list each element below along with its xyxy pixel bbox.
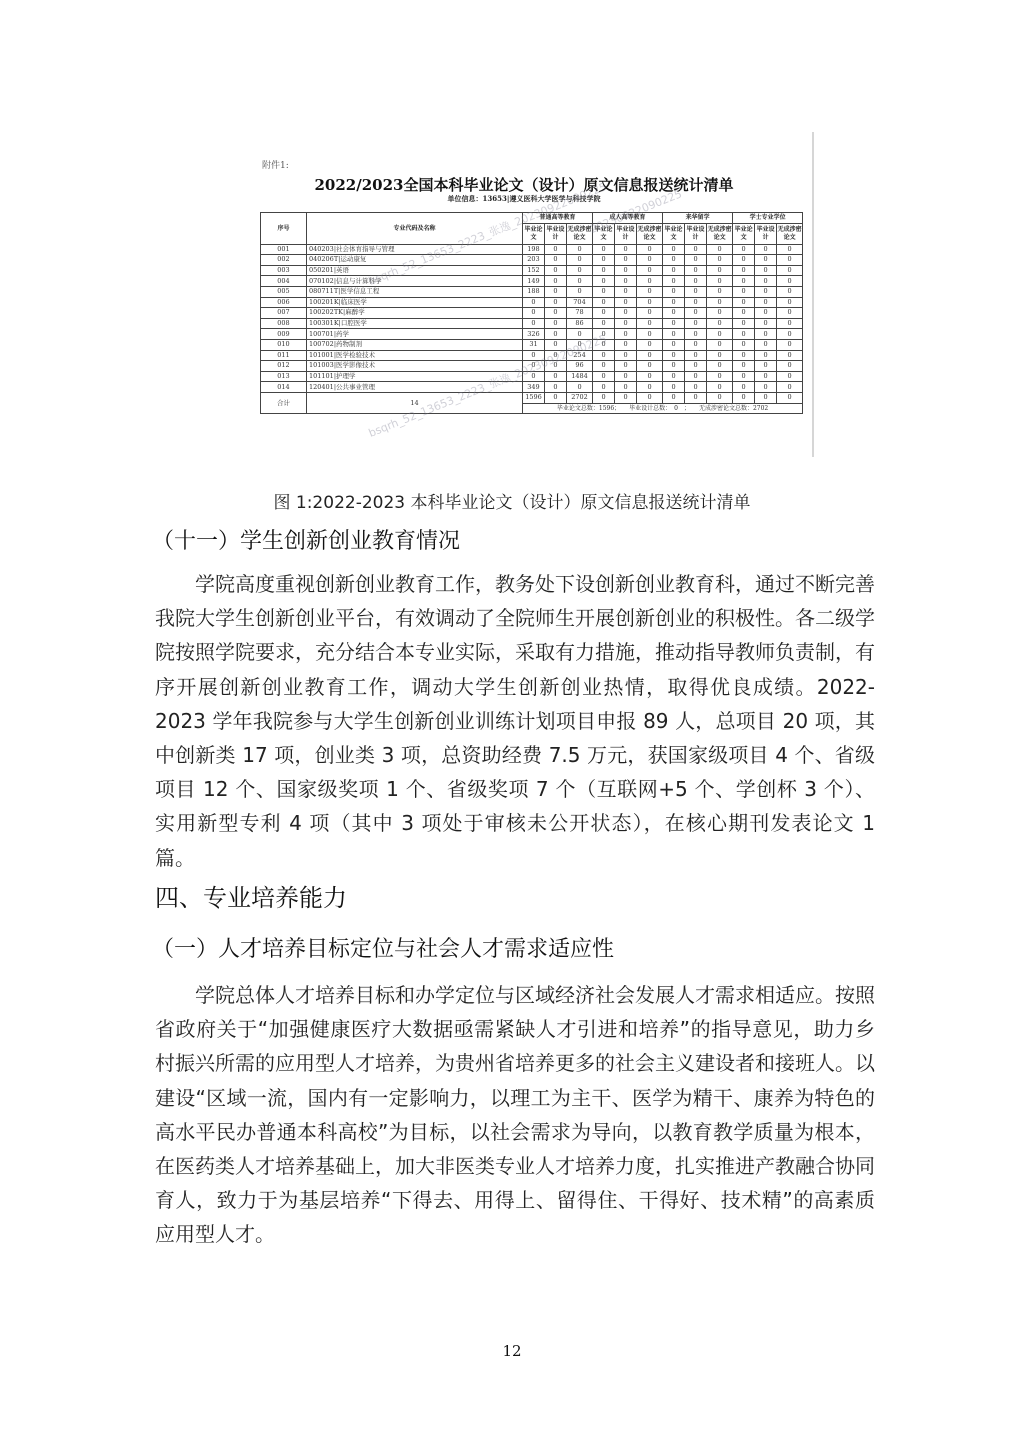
table-row: 010100702|药物制剂3100000000000 [261, 339, 803, 350]
table-row: 001040203|社会体育指导与管理19800000000000 [261, 244, 803, 255]
total-value: 0 [685, 392, 707, 403]
row-value: 0 [733, 255, 755, 266]
row-value: 0 [707, 329, 733, 340]
row-value: 0 [755, 286, 777, 297]
row-value: 0 [545, 297, 567, 308]
row-major: 120401|公共事业管理 [307, 382, 523, 393]
row-value: 0 [615, 382, 637, 393]
row-value: 0 [685, 244, 707, 255]
subheader-cell: 毕业论文 [593, 223, 615, 244]
row-value: 0 [755, 297, 777, 308]
row-value: 0 [615, 308, 637, 319]
row-major: 050201|英语 [307, 265, 523, 276]
subheader-cell: 毕业设计 [615, 223, 637, 244]
row-value: 0 [593, 350, 615, 361]
row-value: 0 [733, 361, 755, 372]
row-major: 100301K|口腔医学 [307, 318, 523, 329]
row-value: 0 [545, 329, 567, 340]
row-value: 0 [733, 339, 755, 350]
total-value: 0 [733, 392, 755, 403]
row-value: 0 [615, 255, 637, 266]
table-row: 003050201|英语15200000000000 [261, 265, 803, 276]
row-value: 0 [615, 318, 637, 329]
subheader-cell: 毕业设计 [755, 223, 777, 244]
row-value: 0 [663, 382, 685, 393]
row-value: 0 [567, 329, 593, 340]
table-row: 013101101|护理学001484000000000 [261, 371, 803, 382]
row-value: 0 [733, 382, 755, 393]
chapter-heading: 四、专业培养能力 [155, 878, 347, 913]
header-group: 成人高等教育 [593, 213, 663, 224]
header-group: 学士专业学位 [733, 213, 803, 224]
row-value: 0 [685, 382, 707, 393]
subheader-cell: 毕业论文 [733, 223, 755, 244]
row-value: 0 [755, 350, 777, 361]
row-value: 0 [733, 276, 755, 287]
row-value: 0 [755, 265, 777, 276]
row-value: 0 [593, 382, 615, 393]
row-value: 0 [777, 329, 803, 340]
row-value: 0 [593, 286, 615, 297]
row-value: 0 [663, 297, 685, 308]
row-value: 704 [567, 297, 593, 308]
row-value: 0 [615, 265, 637, 276]
row-value: 0 [685, 339, 707, 350]
row-value: 0 [707, 318, 733, 329]
row-value: 96 [567, 361, 593, 372]
row-value: 0 [615, 286, 637, 297]
row-value: 0 [755, 276, 777, 287]
row-value: 0 [637, 318, 663, 329]
row-value: 0 [637, 297, 663, 308]
row-value: 0 [685, 255, 707, 266]
table-row: 007100202TK|麻醉学0078000000000 [261, 308, 803, 319]
row-value: 0 [567, 382, 593, 393]
row-value: 0 [637, 329, 663, 340]
paragraph-text: 学院高度重视创新创业教育工作，教务处下设创新创业教育科，通过不断完善我院大学生创… [155, 567, 875, 875]
row-value: 0 [663, 339, 685, 350]
row-value: 0 [755, 382, 777, 393]
row-value: 0 [663, 350, 685, 361]
row-value: 0 [733, 265, 755, 276]
row-value: 0 [663, 308, 685, 319]
row-value: 0 [707, 255, 733, 266]
row-value: 0 [637, 382, 663, 393]
row-value: 0 [593, 276, 615, 287]
row-value: 0 [777, 276, 803, 287]
row-value: 0 [637, 339, 663, 350]
row-value: 0 [663, 244, 685, 255]
row-seq: 010 [261, 339, 307, 350]
row-value: 0 [615, 244, 637, 255]
attachment-label: 附件1: [262, 158, 289, 171]
total-label: 合计 [261, 392, 307, 413]
row-value: 0 [523, 371, 545, 382]
table-row: 011101001|医学检验技术00254000000000 [261, 350, 803, 361]
row-value: 0 [685, 361, 707, 372]
row-value: 188 [523, 286, 545, 297]
row-seq: 007 [261, 308, 307, 319]
row-major: 070102|信息与计算科学 [307, 276, 523, 287]
total-value: 0 [637, 392, 663, 403]
subsection-paragraph: 学院总体人才培养目标和办学定位与区域经济社会发展人才需求相适应。按照省政府关于“… [155, 978, 875, 1252]
row-value: 0 [733, 308, 755, 319]
page-number: 12 [0, 1342, 1024, 1360]
row-value: 0 [733, 286, 755, 297]
statistics-figure: 附件1: 2022/2023全国本科毕业论文（设计）原文信息报送统计清单 单位信… [258, 156, 790, 438]
header-group: 来华留学 [663, 213, 733, 224]
row-value: 0 [707, 308, 733, 319]
row-value: 152 [523, 265, 545, 276]
row-value: 0 [707, 286, 733, 297]
row-value: 0 [755, 329, 777, 340]
subheader-cell: 毕业论文 [663, 223, 685, 244]
row-value: 0 [593, 265, 615, 276]
row-value: 0 [663, 329, 685, 340]
table-row: 005080711T|医学信息工程18800000000000 [261, 286, 803, 297]
row-value: 0 [593, 371, 615, 382]
row-value: 0 [637, 286, 663, 297]
row-value: 0 [777, 244, 803, 255]
total-value: 1596 [523, 392, 545, 403]
row-value: 0 [663, 361, 685, 372]
row-value: 0 [593, 297, 615, 308]
row-value: 0 [567, 265, 593, 276]
row-value: 0 [733, 318, 755, 329]
row-value: 0 [777, 297, 803, 308]
row-major: 100701|药学 [307, 329, 523, 340]
subheader-cell: 无成涉密论文 [707, 223, 733, 244]
row-value: 0 [663, 286, 685, 297]
row-value: 0 [685, 308, 707, 319]
row-value: 0 [567, 276, 593, 287]
row-value: 0 [777, 350, 803, 361]
row-value: 254 [567, 350, 593, 361]
row-value: 0 [545, 339, 567, 350]
row-value: 0 [593, 361, 615, 372]
row-value: 0 [707, 382, 733, 393]
row-value: 0 [685, 329, 707, 340]
row-value: 0 [707, 371, 733, 382]
paragraph-text: 学院总体人才培养目标和办学定位与区域经济社会发展人才需求相适应。按照省政府关于“… [155, 978, 875, 1252]
total-value: 0 [615, 392, 637, 403]
figure-edge-line [812, 132, 814, 457]
row-value: 0 [593, 339, 615, 350]
row-value: 0 [567, 255, 593, 266]
total-value: 0 [777, 392, 803, 403]
row-value: 0 [685, 297, 707, 308]
row-value: 86 [567, 318, 593, 329]
row-seq: 009 [261, 329, 307, 340]
subheader-cell: 无成涉密论文 [567, 223, 593, 244]
subheader-cell: 无成涉密论文 [637, 223, 663, 244]
table-row: 014120401|公共事业管理34900000000000 [261, 382, 803, 393]
table-row: 004070102|信息与计算科学14900000000000 [261, 276, 803, 287]
row-seq: 013 [261, 371, 307, 382]
row-value: 0 [567, 244, 593, 255]
row-major: 040203|社会体育指导与管理 [307, 244, 523, 255]
subheader-cell: 毕业设计 [685, 223, 707, 244]
row-value: 0 [567, 286, 593, 297]
row-value: 0 [777, 318, 803, 329]
subheader-cell: 毕业论文 [523, 223, 545, 244]
row-value: 0 [615, 371, 637, 382]
row-value: 0 [733, 350, 755, 361]
table-row: 008100301K|口腔医学0086000000000 [261, 318, 803, 329]
header-group: 普通高等教育 [523, 213, 593, 224]
row-value: 0 [685, 318, 707, 329]
row-value: 0 [545, 255, 567, 266]
row-value: 78 [567, 308, 593, 319]
row-value: 0 [777, 382, 803, 393]
total-value: 0 [545, 392, 567, 403]
subheader-cell: 毕业设计 [545, 223, 567, 244]
row-value: 0 [685, 286, 707, 297]
row-seq: 008 [261, 318, 307, 329]
row-major: 101101|护理学 [307, 371, 523, 382]
total-count: 14 [307, 392, 523, 413]
row-value: 0 [637, 361, 663, 372]
section-heading: （十一）学生创新创业教育情况 [152, 524, 460, 555]
row-value: 0 [777, 339, 803, 350]
row-value: 0 [593, 318, 615, 329]
row-major: 101001|医学检验技术 [307, 350, 523, 361]
row-value: 0 [685, 276, 707, 287]
unit-info: 单位信息：13653|遵义医科大学医学与科技学院 [258, 194, 790, 204]
row-major: 100201K|临床医学 [307, 297, 523, 308]
row-value: 0 [615, 297, 637, 308]
row-value: 0 [733, 297, 755, 308]
table-row: 002040206T|运动康复20300000000000 [261, 255, 803, 266]
row-seq: 014 [261, 382, 307, 393]
row-value: 0 [615, 361, 637, 372]
row-value: 0 [777, 265, 803, 276]
row-value: 0 [545, 350, 567, 361]
row-value: 0 [545, 276, 567, 287]
row-value: 0 [545, 286, 567, 297]
row-value: 0 [755, 244, 777, 255]
total-value: 2702 [567, 392, 593, 403]
row-value: 0 [777, 286, 803, 297]
row-value: 0 [663, 371, 685, 382]
row-seq: 012 [261, 361, 307, 372]
row-value: 0 [755, 255, 777, 266]
row-value: 0 [615, 339, 637, 350]
row-value: 0 [755, 371, 777, 382]
row-value: 203 [523, 255, 545, 266]
row-value: 0 [545, 308, 567, 319]
row-value: 0 [777, 371, 803, 382]
row-value: 0 [637, 276, 663, 287]
row-value: 0 [637, 265, 663, 276]
row-value: 198 [523, 244, 545, 255]
total-value: 0 [663, 392, 685, 403]
row-value: 0 [707, 276, 733, 287]
row-value: 0 [755, 308, 777, 319]
row-value: 0 [545, 382, 567, 393]
row-value: 0 [777, 308, 803, 319]
row-value: 0 [663, 318, 685, 329]
row-value: 0 [663, 265, 685, 276]
row-seq: 001 [261, 244, 307, 255]
row-value: 0 [593, 329, 615, 340]
row-value: 0 [545, 361, 567, 372]
row-value: 0 [637, 308, 663, 319]
row-value: 0 [707, 350, 733, 361]
table-row: 012101003|医学影像技术0096000000000 [261, 361, 803, 372]
row-value: 349 [523, 382, 545, 393]
row-major: 080711T|医学信息工程 [307, 286, 523, 297]
row-major: 040206T|运动康复 [307, 255, 523, 266]
subsection-heading: （一）人才培养目标定位与社会人才需求适应性 [152, 932, 614, 963]
subheader-cell: 无成涉密论文 [777, 223, 803, 244]
row-value: 31 [523, 339, 545, 350]
row-major: 100202TK|麻醉学 [307, 308, 523, 319]
statistics-table: 序号 专业代码及名称 普通高等教育 成人高等教育 来华留学 学士专业学位 毕业论… [260, 212, 803, 414]
row-value: 0 [637, 350, 663, 361]
row-seq: 005 [261, 286, 307, 297]
row-value: 326 [523, 329, 545, 340]
row-value: 0 [707, 265, 733, 276]
row-value: 0 [733, 244, 755, 255]
row-value: 0 [637, 244, 663, 255]
row-value: 0 [733, 371, 755, 382]
row-value: 0 [663, 276, 685, 287]
row-value: 0 [593, 244, 615, 255]
table-row: 006100201K|临床医学00704000000000 [261, 297, 803, 308]
row-seq: 011 [261, 350, 307, 361]
row-value: 0 [545, 265, 567, 276]
row-value: 0 [523, 297, 545, 308]
figure-caption: 图 1:2022-2023 本科毕业论文（设计）原文信息报送统计清单 [0, 488, 1024, 513]
row-value: 0 [685, 350, 707, 361]
row-value: 0 [523, 318, 545, 329]
row-seq: 002 [261, 255, 307, 266]
row-value: 0 [637, 255, 663, 266]
row-value: 0 [545, 244, 567, 255]
row-value: 0 [707, 244, 733, 255]
figure-title: 2022/2023全国本科毕业论文（设计）原文信息报送统计清单 [258, 174, 790, 195]
row-value: 0 [663, 255, 685, 266]
row-major: 101003|医学影像技术 [307, 361, 523, 372]
row-value: 0 [707, 339, 733, 350]
total-value: 0 [755, 392, 777, 403]
row-seq: 003 [261, 265, 307, 276]
header-major: 专业代码及名称 [307, 213, 523, 245]
row-value: 0 [637, 371, 663, 382]
total-value: 0 [707, 392, 733, 403]
row-value: 0 [777, 255, 803, 266]
row-seq: 004 [261, 276, 307, 287]
row-value: 1484 [567, 371, 593, 382]
total-summary: 毕业论文总数：1596； 毕业设计总数： 0 ； 无成涉密论文总数：2702 [523, 403, 803, 414]
row-value: 0 [755, 339, 777, 350]
header-seq: 序号 [261, 213, 307, 245]
row-value: 0 [593, 308, 615, 319]
row-value: 0 [615, 350, 637, 361]
row-value: 0 [755, 361, 777, 372]
row-value: 0 [545, 318, 567, 329]
row-value: 0 [523, 308, 545, 319]
row-seq: 006 [261, 297, 307, 308]
row-value: 0 [593, 255, 615, 266]
total-row: 合计14159602702000000000 [261, 392, 803, 403]
row-value: 0 [523, 361, 545, 372]
row-value: 0 [545, 371, 567, 382]
row-value: 0 [733, 329, 755, 340]
row-value: 0 [707, 361, 733, 372]
section-paragraph: 学院高度重视创新创业教育工作，教务处下设创新创业教育科，通过不断完善我院大学生创… [155, 567, 875, 875]
row-major: 100702|药物制剂 [307, 339, 523, 350]
row-value: 0 [685, 371, 707, 382]
row-value: 0 [685, 265, 707, 276]
row-value: 0 [523, 350, 545, 361]
row-value: 0 [777, 361, 803, 372]
table-row: 009100701|药学32600000000000 [261, 329, 803, 340]
row-value: 0 [707, 297, 733, 308]
row-value: 0 [615, 329, 637, 340]
row-value: 149 [523, 276, 545, 287]
total-value: 0 [593, 392, 615, 403]
row-value: 0 [567, 339, 593, 350]
row-value: 0 [755, 318, 777, 329]
row-value: 0 [615, 276, 637, 287]
